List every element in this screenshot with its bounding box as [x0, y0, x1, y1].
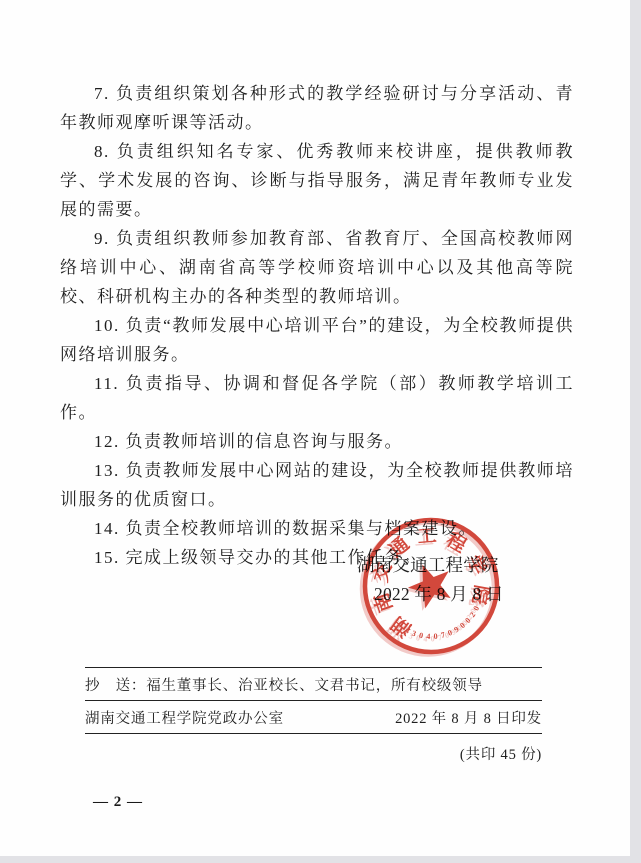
document-body: 7. 负责组织策划各种形式的教学经验研讨与分享活动、青年教师观摩听课等活动。 8… — [60, 79, 574, 572]
cc-recipients: 福生董事长、治亚校长、文君书记，所有校级领导 — [146, 674, 483, 695]
svg-text:3: 3 — [411, 629, 418, 639]
document-footer: 抄 送：福生董事长、治亚校长、文君书记，所有校级领导 湖南交通工程学院党政办公室… — [85, 667, 542, 764]
issuing-office: 湖南交通工程学院党政办公室 — [85, 707, 284, 728]
scanned-document-page: 7. 负责组织策划各种形式的教学经验研讨与分享活动、青年教师观摩听课等活动。 8… — [0, 0, 641, 863]
svg-text:湖: 湖 — [387, 612, 416, 642]
footer-rule — [85, 733, 542, 734]
body-paragraph: 8. 负责组织知名专家、优秀教师来校讲座，提供教师教学、学术发展的咨询、诊断与指… — [60, 137, 574, 224]
svg-text:4: 4 — [403, 626, 411, 636]
svg-text:0: 0 — [463, 616, 472, 625]
issuer-row: 湖南交通工程学院党政办公室 2022 年 8 月 8 日印发 — [85, 701, 542, 733]
svg-text:9: 9 — [453, 625, 461, 635]
svg-text:0: 0 — [433, 632, 438, 641]
signature-block: 湖南交通工程学院 2022 年 8 月 8 日 — [357, 551, 507, 609]
svg-text:7: 7 — [440, 630, 446, 640]
copies-note: (共印 45 份) — [85, 743, 542, 764]
svg-text:4: 4 — [426, 632, 430, 641]
scan-edge-right — [630, 0, 641, 863]
scan-edge-bottom — [0, 856, 641, 863]
body-paragraph: 9. 负责组织教师参加教育部、省教育厅、全国高校教师网络培训中心、湖南省高等学校… — [60, 224, 574, 311]
print-date: 2022 年 8 月 8 日印发 — [395, 707, 542, 728]
body-paragraph: 13. 负责教师发展中心网站的建设，为全校教师提供教师培训服务的优质窗口。 — [60, 456, 574, 514]
svg-text:2: 2 — [468, 611, 478, 619]
svg-text:0: 0 — [446, 628, 453, 638]
svg-text:0: 0 — [418, 631, 424, 641]
body-paragraph: 7. 负责组织策划各种形式的教学经验研讨与分享活动、青年教师观摩听课等活动。 — [60, 79, 574, 137]
signature-org-name: 湖南交通工程学院 — [357, 551, 507, 580]
cc-row: 抄 送：福生董事长、治亚校长、文君书记，所有校级领导 — [85, 668, 542, 700]
signature-date: 2022 年 8 月 8 日 — [374, 580, 507, 609]
svg-text:0: 0 — [458, 621, 467, 631]
cc-label: 抄 送： — [85, 674, 146, 695]
body-paragraph: 11. 负责指导、协调和督促各学院（部）教师教学培训工作。 — [60, 369, 574, 427]
body-paragraph: 10. 负责“教师发展中心培训平台”的建设，为全校教师提供网络培训服务。 — [60, 311, 574, 369]
body-paragraph: 12. 负责教师培训的信息咨询与服务。 — [60, 427, 574, 456]
body-paragraph: 14. 负责全校教师培训的数据采集与档案建设。 — [60, 514, 574, 543]
page-number: — 2 — — [93, 794, 143, 811]
